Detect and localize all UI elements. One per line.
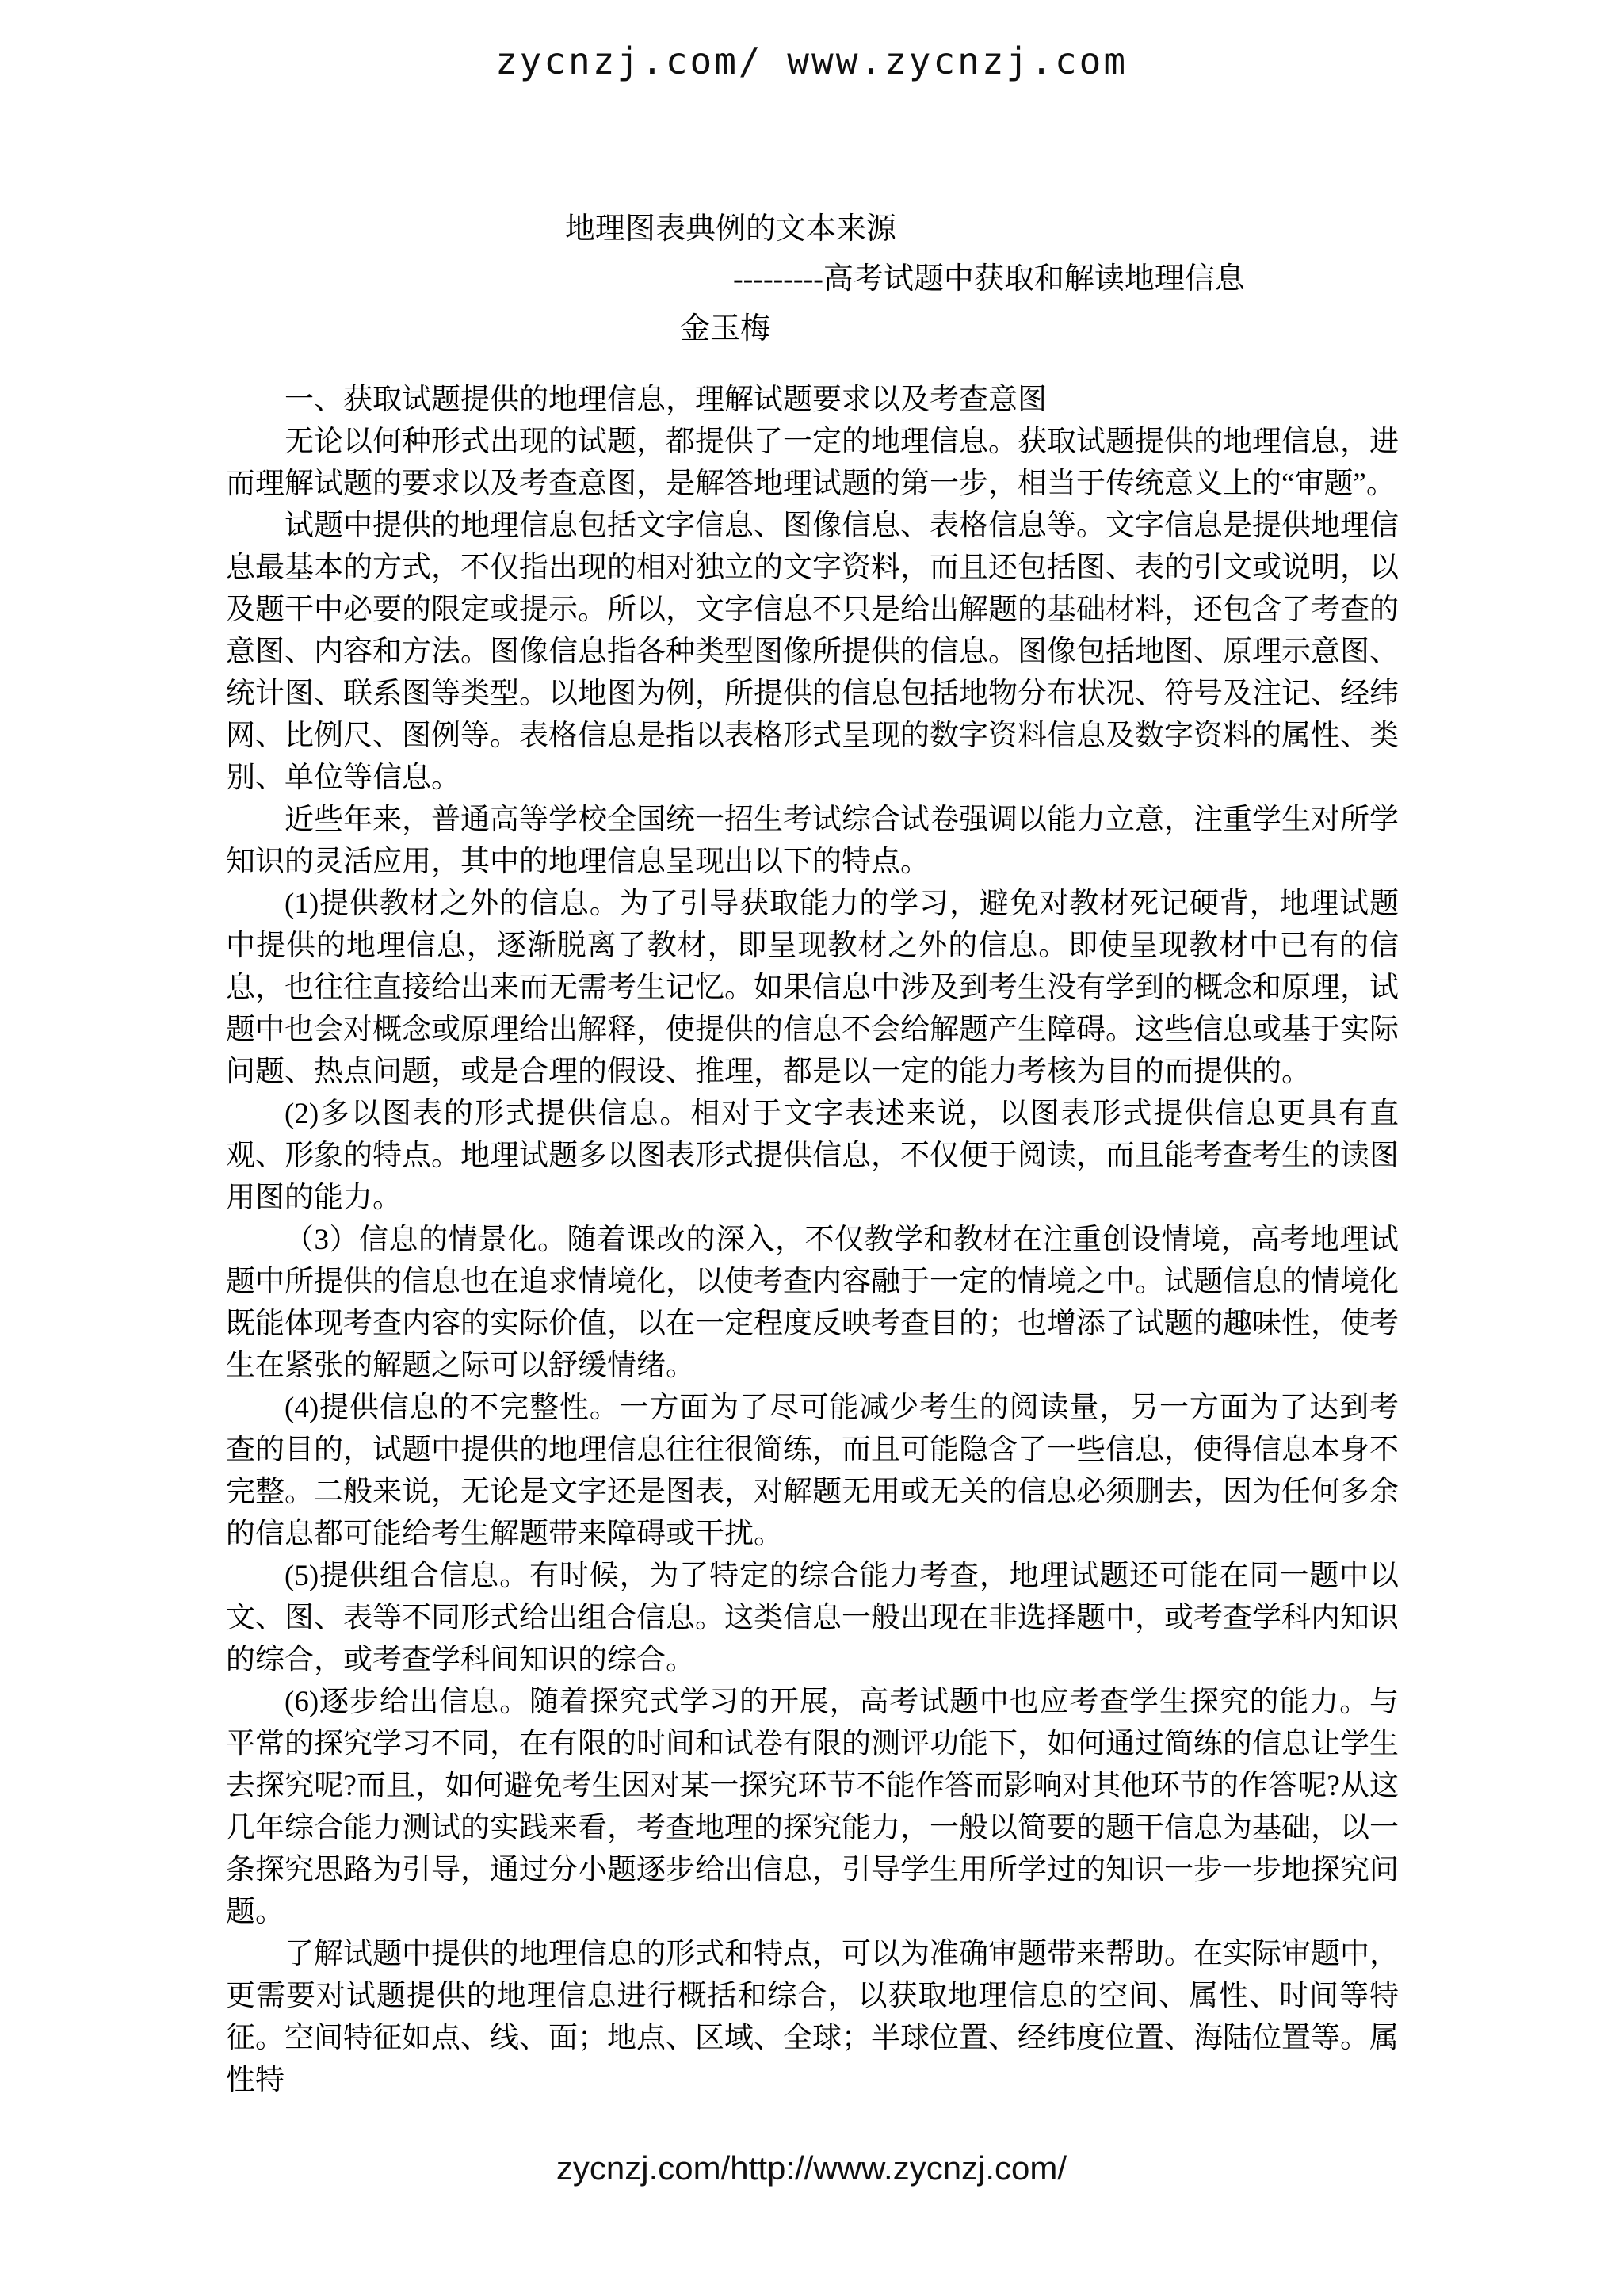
section-heading: 一、获取试题提供的地理信息，理解试题要求以及考查意图	[226, 379, 1399, 421]
doc-subtitle: ---------高考试题中获取和解读地理信息	[733, 254, 1399, 304]
paragraph: 无论以何种形式出现的试题，都提供了一定的地理信息。获取试题提供的地理信息，进而理…	[226, 421, 1399, 505]
doc-author: 金玉梅	[680, 304, 1399, 354]
footer-watermark: zycnzj.com/http://www.zycnzj.com/	[0, 2149, 1623, 2187]
paragraph: （3）信息的情景化。随着课改的深入，不仅教学和教材在注重创设情境，高考地理试题中…	[226, 1219, 1399, 1387]
paragraph: (4)提供信息的不完整性。一方面为了尽可能减少考生的阅读量，另一方面为了达到考查…	[226, 1387, 1399, 1555]
paragraph: 近些年来，普通高等学校全国统一招生考试综合试卷强调以能力立意，注重学生对所学知识…	[226, 799, 1399, 883]
paragraph: (1)提供教材之外的信息。为了引导获取能力的学习，避免对教材死记硬背，地理试题中…	[226, 883, 1399, 1093]
paragraph: (5)提供组合信息。有时候，为了特定的综合能力考查，地理试题还可能在同一题中以文…	[226, 1555, 1399, 1681]
title-block: 地理图表典例的文本来源 ---------高考试题中获取和解读地理信息 金玉梅	[226, 204, 1399, 354]
paragraph: 试题中提供的地理信息包括文字信息、图像信息、表格信息等。文字信息是提供地理信息最…	[226, 505, 1399, 799]
document-body: 一、获取试题提供的地理信息，理解试题要求以及考查意图 无论以何种形式出现的试题，…	[226, 379, 1399, 2101]
paragraph: 了解试题中提供的地理信息的形式和特点，可以为准确审题带来帮助。在实际审题中，更需…	[226, 1933, 1399, 2101]
paragraph: (6)逐步给出信息。随着探究式学习的开展，高考试题中也应考查学生探究的能力。与平…	[226, 1681, 1399, 1933]
header-watermark: zycnzj.com/ www.zycnzj.com	[0, 40, 1623, 82]
paragraph: (2)多以图表的形式提供信息。相对于文字表述来说，以图表形式提供信息更具有直观、…	[226, 1093, 1399, 1219]
doc-title: 地理图表典例的文本来源	[565, 204, 1399, 254]
document-page: zycnzj.com/ www.zycnzj.com 地理图表典例的文本来源 -…	[0, 0, 1623, 2296]
